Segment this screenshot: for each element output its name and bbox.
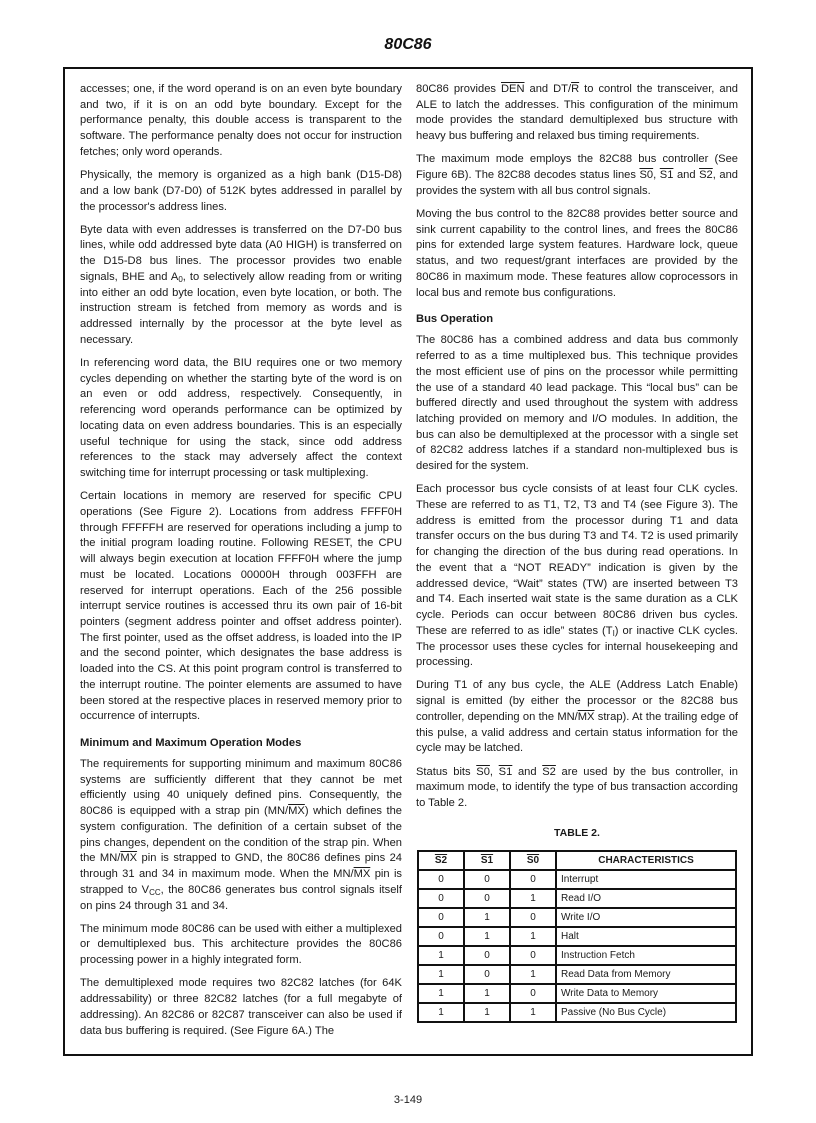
right-column: 80C86 provides DEN and DT/R to control t… [416, 82, 738, 1023]
text-run: 80C86 provides [416, 83, 501, 95]
cell-s0: 1 [510, 1003, 556, 1022]
cell-s0: 1 [510, 927, 556, 946]
overline-signal: S1 [499, 766, 513, 778]
cell-s0: 1 [510, 889, 556, 908]
cell-s2: 0 [418, 889, 464, 908]
column-header-characteristics: CHARACTERISTICS [556, 851, 736, 870]
paragraph: 80C86 provides DEN and DT/R to control t… [416, 82, 738, 145]
text-run: and [673, 169, 699, 181]
paragraph: Status bits S0, S1 and S2 are used by th… [416, 765, 738, 812]
text-run: Status bits [416, 766, 476, 778]
cell-s2: 1 [418, 984, 464, 1003]
page-number: 3-149 [0, 1094, 816, 1106]
table-row: 111Passive (No Bus Cycle) [418, 1003, 736, 1022]
overline-signal: S0 [639, 169, 653, 181]
overline-signal: MX [578, 711, 595, 723]
overline-signal: R [571, 83, 579, 95]
column-header-s2: S2 [418, 851, 464, 870]
overline-signal: S2 [542, 766, 556, 778]
cell-s1: 0 [464, 889, 510, 908]
cell-s1: 1 [464, 908, 510, 927]
cell-s1: 0 [464, 965, 510, 984]
paragraph: The maximum mode employs the 82C88 bus c… [416, 152, 738, 199]
cell-s1: 1 [464, 1003, 510, 1022]
cell-s0: 0 [510, 908, 556, 927]
paragraph: The demultiplexed mode requires two 82C8… [80, 976, 402, 1039]
cell-characteristics: Halt [556, 927, 736, 946]
cell-s2: 1 [418, 946, 464, 965]
paragraph: accesses; one, if the word operand is on… [80, 82, 402, 161]
table-title: TABLE 2. [416, 826, 738, 842]
cell-s2: 0 [418, 927, 464, 946]
table-row: 110Write Data to Memory [418, 984, 736, 1003]
column-header-s0: S0 [510, 851, 556, 870]
paragraph: The 80C86 has a combined address and dat… [416, 333, 738, 474]
paragraph: In referencing word data, the BIU requir… [80, 356, 402, 482]
paragraph: During T1 of any bus cycle, the ALE (Add… [416, 678, 738, 757]
subscript: CC [149, 888, 161, 897]
cell-s1: 1 [464, 927, 510, 946]
cell-s1: 0 [464, 870, 510, 889]
cell-s2: 0 [418, 870, 464, 889]
text-run: , [653, 169, 660, 181]
table-row: 010Write I/O [418, 908, 736, 927]
overline-signal: S0 [476, 766, 490, 778]
cell-characteristics: Write Data to Memory [556, 984, 736, 1003]
paragraph: The requirements for supporting minimum … [80, 757, 402, 914]
table-row: 011Halt [418, 927, 736, 946]
text-run: and [512, 766, 542, 778]
cell-characteristics: Passive (No Bus Cycle) [556, 1003, 736, 1022]
overline-signal: DEN [501, 83, 525, 95]
bus-status-table: S2 S1 S0 CHARACTERISTICS 000Interrupt 00… [417, 850, 737, 1023]
overline-signal: MX [120, 852, 137, 864]
cell-characteristics: Read Data from Memory [556, 965, 736, 984]
text-run: and DT/ [525, 83, 572, 95]
table-row: 101Read Data from Memory [418, 965, 736, 984]
paragraph: Each processor bus cycle consists of at … [416, 482, 738, 671]
left-column: accesses; one, if the word operand is on… [80, 82, 402, 1047]
text-run: Each processor bus cycle consists of at … [416, 483, 738, 636]
table-header-row: S2 S1 S0 CHARACTERISTICS [418, 851, 736, 870]
cell-s0: 0 [510, 984, 556, 1003]
cell-s1: 0 [464, 946, 510, 965]
paragraph: Byte data with even addresses is transfe… [80, 223, 402, 349]
paragraph: Physically, the memory is organized as a… [80, 168, 402, 215]
cell-s2: 1 [418, 1003, 464, 1022]
table-row: 001Read I/O [418, 889, 736, 908]
cell-s2: 1 [418, 965, 464, 984]
table-row: 000Interrupt [418, 870, 736, 889]
paragraph: Moving the bus control to the 82C88 prov… [416, 207, 738, 301]
page-header-title: 80C86 [0, 36, 816, 54]
section-heading-modes: Minimum and Maximum Operation Modes [80, 736, 402, 751]
overline-signal: S1 [660, 169, 674, 181]
overline-signal: S2 [699, 169, 713, 181]
cell-s0: 0 [510, 870, 556, 889]
cell-s1: 1 [464, 984, 510, 1003]
paragraph: The minimum mode 80C86 can be used with … [80, 922, 402, 969]
cell-s0: 0 [510, 946, 556, 965]
section-heading-bus-operation: Bus Operation [416, 312, 738, 327]
cell-s2: 0 [418, 908, 464, 927]
table-row: 100Instruction Fetch [418, 946, 736, 965]
cell-characteristics: Interrupt [556, 870, 736, 889]
paragraph: Certain locations in memory are reserved… [80, 489, 402, 725]
text-run: , [490, 766, 499, 778]
cell-characteristics: Write I/O [556, 908, 736, 927]
cell-characteristics: Read I/O [556, 889, 736, 908]
column-header-s1: S1 [464, 851, 510, 870]
cell-s0: 1 [510, 965, 556, 984]
cell-characteristics: Instruction Fetch [556, 946, 736, 965]
overline-signal: MX [354, 868, 371, 880]
overline-signal: MX [288, 805, 305, 817]
